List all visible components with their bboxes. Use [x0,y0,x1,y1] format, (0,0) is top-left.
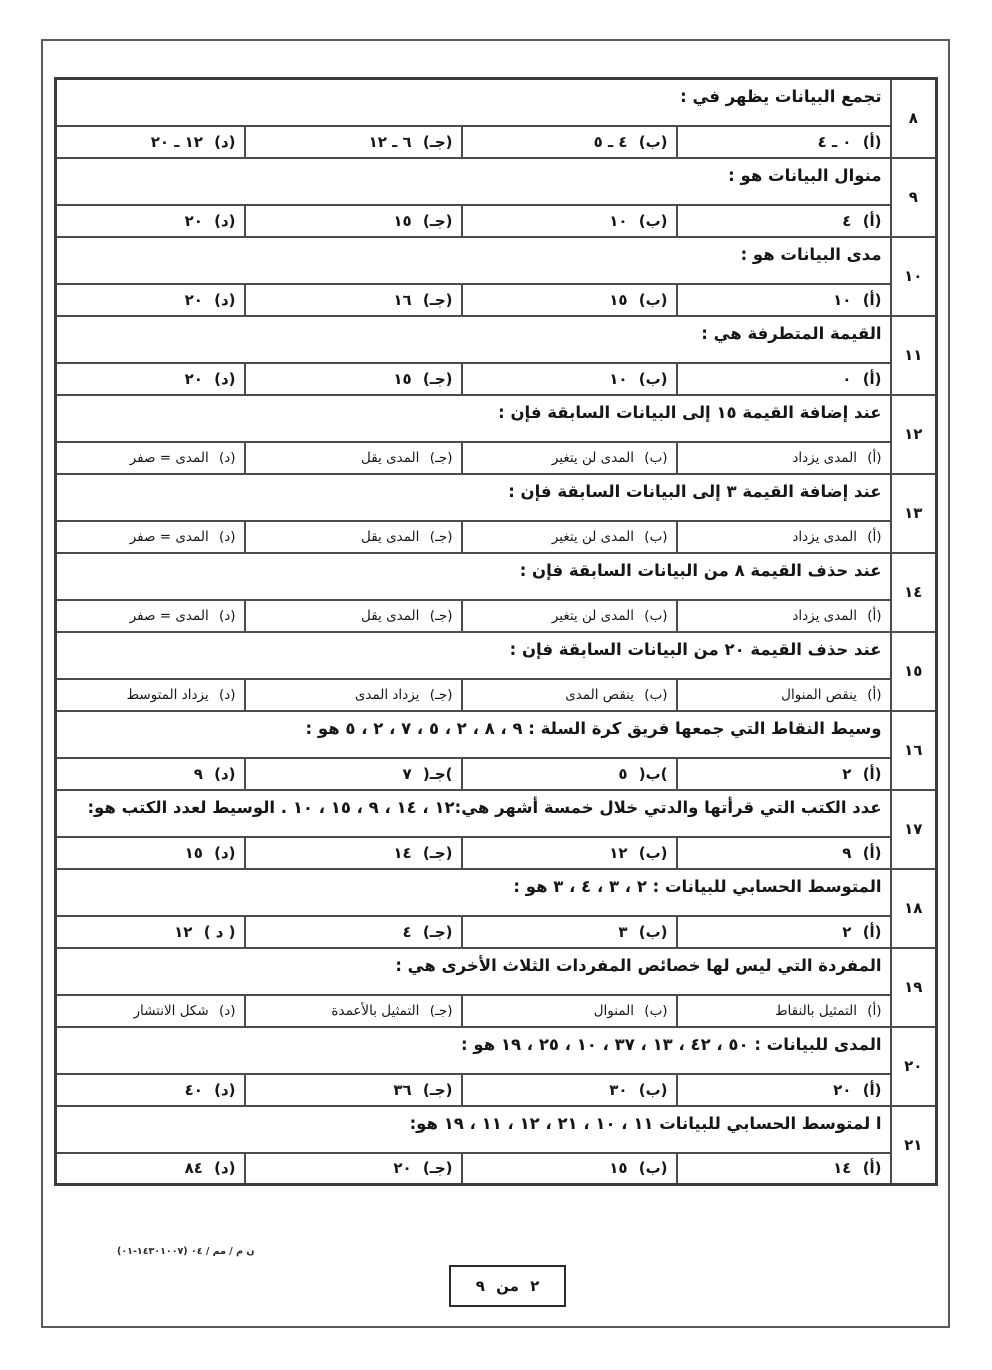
option-cell: (أ) ٠ ـ ٤ [677,126,891,158]
option-value: ٣٠ [609,1081,627,1099]
option-cell: (ب) المدى لن يتغير [462,600,677,632]
option-cell: (جـ) المدى يقل [245,521,462,553]
option-cell: (جـ) ٣٦ [245,1074,462,1106]
options-row: (أ) ١٠ (ب) ١٥ (جـ) ١٦ (د) ٢٠ [56,284,937,316]
option-cell: )جـ( ٧ [245,758,462,790]
option-value: ٩ [194,765,203,783]
option-label: (أ) [863,844,882,862]
option-value: المدى يزداد [792,450,857,466]
option-value: المدى يقل [361,608,419,624]
option-cell: (د) ٤٠ [56,1074,245,1106]
option-cell: (د) ٩ [56,758,245,790]
option-value: ٢٠ [833,1081,851,1099]
option-cell: (أ) ينقص المنوال [677,679,891,711]
question-number: ١٥ [891,632,937,711]
option-cell: (د) المدى = صفر [56,600,245,632]
option-value: ٣٦ [393,1081,411,1099]
option-label: )ب( [639,765,668,783]
option-value: ١٥ [609,1159,627,1177]
option-label: (د) [214,212,235,230]
option-value: ٤٠ [185,1081,203,1099]
option-cell: (أ) التمثيل بالنقاط [677,995,891,1027]
option-cell: (د) المدى = صفر [56,442,245,474]
option-cell: (أ) ٢ [677,758,891,790]
question-text: عند إضافة القيمة ١٥ إلى البيانات السابقة… [56,395,891,442]
option-cell: (جـ) ١٥ [245,205,462,237]
option-label: (أ) [867,608,881,624]
options-row: (أ) المدى يزداد (ب) المدى لن يتغير (جـ) … [56,521,937,553]
question-row: ٢٠ المدى للبيانات : ٥٠ ، ٤٢ ، ١٣ ، ٣٧ ، … [56,1027,937,1074]
footer-code: ن م / مم / ٠٤ (١٤٣٠١٠٠٧-٠١) [117,1246,254,1257]
option-value: ٢ [842,765,851,783]
options-row: (أ) المدى يزداد (ب) المدى لن يتغير (جـ) … [56,600,937,632]
option-value: ١٠ [833,291,851,309]
option-cell: (جـ) ١٥ [245,363,462,395]
option-cell: ( د ) ١٢ [56,916,245,948]
option-value: ٠ [842,370,851,388]
question-number: ٢٠ [891,1027,937,1106]
question-text: تجمع البيانات يظهر في : [56,79,891,126]
option-value: ١٠ [609,370,627,388]
option-value: التمثيل بالأعمدة [331,1003,419,1019]
option-value: ٤ [403,923,412,941]
option-value: المدى يقل [361,450,419,466]
question-row: ٩ منوال البيانات هو : [56,158,937,205]
option-label: (جـ) [423,923,453,941]
option-cell: (ب) المدى لن يتغير [462,521,677,553]
option-cell: (أ) ٠ [677,363,891,395]
option-label: (ب) [639,133,668,151]
option-label: (ب) [644,687,667,703]
option-value: ٤ ـ ٥ [594,133,628,151]
option-value: المدى = صفر [130,450,209,466]
option-label: )جـ( [423,765,453,783]
option-label: (د) [219,450,236,466]
question-number: ٩ [891,158,937,237]
question-number: ١٢ [891,395,937,474]
option-cell: (جـ) ١٦ [245,284,462,316]
option-label: (ب) [639,923,668,941]
options-row: (أ) ٠ ـ ٤ (ب) ٤ ـ ٥ (جـ) ٦ ـ ١٢ (د) ١٢ ـ… [56,126,937,158]
option-label: (أ) [867,687,881,703]
option-cell: (جـ) ٦ ـ ١٢ [245,126,462,158]
question-row: ٢١ ا لمتوسط الحسابي للبيانات ١١ ، ١٠ ، ٢… [56,1106,937,1153]
question-row: ١٧ عدد الكتب التي قرأتها والدتي خلال خمس… [56,790,937,837]
option-label: (ب) [644,1003,667,1019]
option-label: (أ) [863,291,882,309]
question-text: عدد الكتب التي قرأتها والدتي خلال خمسة أ… [56,790,891,837]
question-row: ٨ تجمع البيانات يظهر في : [56,79,937,126]
option-label: (جـ) [423,370,453,388]
question-text: المتوسط الحسابي للبيانات : ٢ ، ٣ ، ٤ ، ٣… [56,869,891,916]
option-label: (د) [219,687,236,703]
option-label: (أ) [863,370,882,388]
option-cell: (جـ) المدى يقل [245,600,462,632]
option-cell: (ب) ١٥ [462,284,677,316]
question-number: ٢١ [891,1106,937,1185]
option-label: (أ) [863,923,882,941]
option-value: المدى لن يتغير [552,529,634,545]
option-value: يزداد المتوسط [127,687,209,703]
option-cell: (د) يزداد المتوسط [56,679,245,711]
question-number: ١٨ [891,869,937,948]
page-number: ٢ من ٩ [476,1277,540,1295]
option-label: (د) [214,133,235,151]
option-value: ١٦ [393,291,411,309]
option-cell: (جـ) ١٤ [245,837,462,869]
option-cell: (د) ١٥ [56,837,245,869]
option-label: (جـ) [423,844,453,862]
option-label: (ب) [639,212,668,230]
option-value: ٢٠ [393,1159,411,1177]
question-number: ١١ [891,316,937,395]
option-cell: (د) المدى = صفر [56,521,245,553]
option-label: (جـ) [423,133,453,151]
options-row: (أ) التمثيل بالنقاط (ب) المنوال (جـ) الت… [56,995,937,1027]
option-label: (د) [219,529,236,545]
question-number: ١٦ [891,711,937,790]
question-text: عند حذف القيمة ٢٠ من البيانات السابقة فإ… [56,632,891,679]
option-label: (جـ) [423,291,453,309]
options-row: (أ) ٢ (ب) ٣ (جـ) ٤ ( د ) ١٢ [56,916,937,948]
option-label: (د) [214,370,235,388]
question-row: ١٦ وسيط النقاط التي جمعها فريق كرة السلة… [56,711,937,758]
option-cell: (جـ) ٢٠ [245,1153,462,1185]
option-value: ينقص المدى [565,687,634,703]
options-row: (أ) ٢ )ب( ٥ )جـ( ٧ (د) ٩ [56,758,937,790]
option-label: (أ) [867,529,881,545]
question-text: منوال البيانات هو : [56,158,891,205]
question-row: ١٢ عند إضافة القيمة ١٥ إلى البيانات السا… [56,395,937,442]
option-label: (ب) [639,844,668,862]
option-value: ١٤ [393,844,411,862]
option-cell: (جـ) التمثيل بالأعمدة [245,995,462,1027]
option-value: ٤ [842,212,851,230]
option-cell: (جـ) المدى يقل [245,442,462,474]
option-value: ١٥ [393,212,411,230]
question-text: عند إضافة القيمة ٣ إلى البيانات السابقة … [56,474,891,521]
option-value: المدى يقل [361,529,419,545]
option-cell: (أ) المدى يزداد [677,442,891,474]
option-cell: (د) ٢٠ [56,363,245,395]
option-label: (جـ) [430,687,453,703]
option-cell: (ب) المنوال [462,995,677,1027]
options-row: (أ) ١٤ (ب) ١٥ (جـ) ٢٠ (د) ٨٤ [56,1153,937,1185]
option-label: (أ) [863,133,882,151]
question-number: ١٤ [891,553,937,632]
option-label: (د) [214,1159,235,1177]
option-label: (جـ) [430,529,453,545]
question-row: ١٣ عند إضافة القيمة ٣ إلى البيانات الساب… [56,474,937,521]
option-value: ٣ [618,923,627,941]
option-value: ٧ [403,765,412,783]
option-cell: (د) ٨٤ [56,1153,245,1185]
option-label: (د) [214,765,235,783]
option-value: المدى = صفر [130,608,209,624]
option-value: المدى يزداد [792,529,857,545]
option-value: ٥ [618,765,627,783]
exam-page: { "footer": { "code": "ن م / مم / ٠٤ (١٤… [0,0,992,1370]
option-value: المدى لن يتغير [552,450,634,466]
question-row: ١٥ عند حذف القيمة ٢٠ من البيانات السابقة… [56,632,937,679]
option-cell: (أ) ٢ [677,916,891,948]
option-cell: (د) ٢٠ [56,284,245,316]
option-label: (جـ) [430,450,453,466]
question-number: ١٧ [891,790,937,869]
option-label: (أ) [867,1003,881,1019]
options-row: (أ) ٤ (ب) ١٠ (جـ) ١٥ (د) ٢٠ [56,205,937,237]
option-value: ٢٠ [185,212,203,230]
question-number: ١٩ [891,948,937,1027]
option-value: ٢ [842,923,851,941]
option-label: (د) [214,844,235,862]
option-label: (د) [214,291,235,309]
question-text: المدى للبيانات : ٥٠ ، ٤٢ ، ١٣ ، ٣٧ ، ١٠ … [56,1027,891,1074]
option-cell: (أ) ٤ [677,205,891,237]
option-label: (أ) [863,212,882,230]
question-number: ٨ [891,79,937,158]
options-row: (أ) ٠ (ب) ١٠ (جـ) ١٥ (د) ٢٠ [56,363,937,395]
option-label: (جـ) [423,212,453,230]
option-cell: (جـ) يزداد المدى [245,679,462,711]
option-label: (د) [214,1081,235,1099]
option-cell: (أ) ٢٠ [677,1074,891,1106]
option-value: ٩ [842,844,851,862]
option-cell: (أ) المدى يزداد [677,600,891,632]
page-number-box: ٢ من ٩ [449,1265,566,1307]
question-row: ١١ القيمة المتطرفة هي : [56,316,937,363]
option-cell: (د) ٢٠ [56,205,245,237]
option-cell: (أ) ٩ [677,837,891,869]
option-label: (ب) [639,1159,668,1177]
option-value: ١٥ [609,291,627,309]
question-text: القيمة المتطرفة هي : [56,316,891,363]
option-value: المنوال [594,1003,634,1019]
option-cell: (د) ١٢ ـ ٢٠ [56,126,245,158]
option-label: (ب) [639,291,668,309]
option-cell: (أ) ١٤ [677,1153,891,1185]
option-label: (أ) [867,450,881,466]
option-cell: (ب) ١٠ [462,363,677,395]
question-text: وسيط النقاط التي جمعها فريق كرة السلة : … [56,711,891,758]
question-row: ١٨ المتوسط الحسابي للبيانات : ٢ ، ٣ ، ٤ … [56,869,937,916]
question-row: ١٠ مدى البيانات هو : [56,237,937,284]
option-cell: (ب) ١٢ [462,837,677,869]
option-value: المدى لن يتغير [552,608,634,624]
option-cell: (ب) ٣٠ [462,1074,677,1106]
option-value: ١٥ [393,370,411,388]
question-text: المفردة التي ليس لها خصائص المفردات الثل… [56,948,891,995]
option-label: (ب) [644,450,667,466]
option-value: التمثيل بالنقاط [775,1003,857,1019]
options-row: (أ) المدى يزداد (ب) المدى لن يتغير (جـ) … [56,442,937,474]
option-value: ينقص المنوال [781,687,857,703]
option-label: (جـ) [423,1159,453,1177]
option-value: ٢٠ [185,291,203,309]
option-value: ٦ ـ ١٢ [369,133,412,151]
option-cell: (ب) ١٥ [462,1153,677,1185]
option-label: (ب) [639,1081,668,1099]
option-label: (ب) [639,370,668,388]
question-row: ١٩ المفردة التي ليس لها خصائص المفردات ا… [56,948,937,995]
option-label: (جـ) [430,1003,453,1019]
question-row: ١٤ عند حذف القيمة ٨ من البيانات السابقة … [56,553,937,600]
option-value: ١٢ [609,844,627,862]
option-cell: (ب) ٣ [462,916,677,948]
option-label: (د) [219,608,236,624]
question-number: ١٣ [891,474,937,553]
option-value: المدى = صفر [130,529,209,545]
option-label: (أ) [863,765,882,783]
option-cell: (ب) ١٠ [462,205,677,237]
option-cell: )ب( ٥ [462,758,677,790]
option-label: (جـ) [423,1081,453,1099]
options-row: (أ) ٩ (ب) ١٢ (جـ) ١٤ (د) ١٥ [56,837,937,869]
option-value: شكل الانتشار [133,1003,208,1019]
option-cell: (أ) ١٠ [677,284,891,316]
option-label: (ب) [644,608,667,624]
options-row: (أ) ٢٠ (ب) ٣٠ (جـ) ٣٦ (د) ٤٠ [56,1074,937,1106]
quiz-table: ٨ تجمع البيانات يظهر في : (أ) ٠ ـ ٤ (ب) … [54,77,938,1186]
option-cell: (د) شكل الانتشار [56,995,245,1027]
option-cell: (ب) ينقص المدى [462,679,677,711]
quiz-table-body: ٨ تجمع البيانات يظهر في : (أ) ٠ ـ ٤ (ب) … [56,79,937,1185]
option-value: ١٥ [185,844,203,862]
option-cell: (ب) المدى لن يتغير [462,442,677,474]
question-text: مدى البيانات هو : [56,237,891,284]
option-value: ١٠ [609,212,627,230]
option-value: ١٢ [174,923,192,941]
option-label: (د) [219,1003,236,1019]
question-number: ١٠ [891,237,937,316]
option-cell: (أ) المدى يزداد [677,521,891,553]
option-label: (ب) [644,529,667,545]
question-text: ا لمتوسط الحسابي للبيانات ١١ ، ١٠ ، ٢١ ،… [56,1106,891,1153]
option-value: ٨٤ [185,1159,203,1177]
option-value: ١٤ [833,1159,851,1177]
option-cell: (جـ) ٤ [245,916,462,948]
option-label: ( د ) [204,923,236,941]
option-value: يزداد المدى [355,687,420,703]
option-value: ٢٠ [185,370,203,388]
option-label: (جـ) [430,608,453,624]
question-text: عند حذف القيمة ٨ من البيانات السابقة فإن… [56,553,891,600]
option-value: المدى يزداد [792,608,857,624]
option-cell: (ب) ٤ ـ ٥ [462,126,677,158]
option-label: (أ) [863,1081,882,1099]
options-row: (أ) ينقص المنوال (ب) ينقص المدى (جـ) يزد… [56,679,937,711]
option-value: ٠ ـ ٤ [818,133,852,151]
option-value: ١٢ ـ ٢٠ [151,133,203,151]
option-label: (أ) [863,1159,882,1177]
